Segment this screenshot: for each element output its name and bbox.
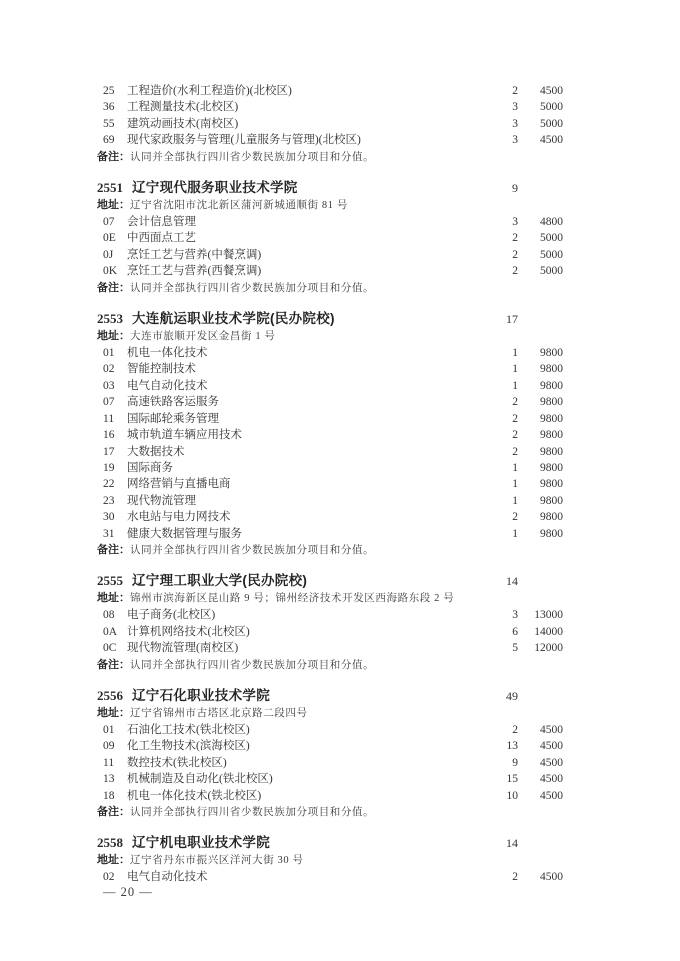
planned-count: 2 — [478, 411, 518, 427]
tuition-fee: 4500 — [518, 771, 563, 787]
college-total-plan: 14 — [478, 835, 518, 852]
tuition-fee: 9800 — [518, 444, 563, 460]
major-row: 23现代物流管理19800 — [97, 493, 563, 509]
major-row: 09化工生物技术(滨海校区)134500 — [97, 738, 563, 754]
planned-count: 2 — [478, 263, 518, 279]
major-code: 17 — [97, 444, 127, 460]
remark-line: 备注：认同并全部执行四川省少数民族加分项目和分值。 — [97, 542, 563, 559]
major-row: 25工程造价(水利工程造价)(北校区)24500 — [97, 83, 563, 99]
major-name: 会计信息管理 — [127, 214, 478, 230]
major-code: 08 — [97, 607, 127, 623]
document-page: 25工程造价(水利工程造价)(北校区)2450036工程测量技术(北校区)350… — [0, 0, 680, 961]
tuition-fee: 9800 — [518, 411, 563, 427]
tuition-fee: 9800 — [518, 361, 563, 377]
planned-count: 3 — [478, 132, 518, 148]
major-code: 23 — [97, 493, 127, 509]
tuition-fee: 9800 — [518, 427, 563, 443]
tuition-fee: 5000 — [518, 247, 563, 263]
planned-count: 1 — [478, 493, 518, 509]
major-name: 水电站与电力网技术 — [127, 509, 478, 525]
major-code: 0E — [97, 230, 127, 246]
tuition-fee: 5000 — [518, 99, 563, 115]
major-code: 30 — [97, 509, 127, 525]
major-name: 中西面点工艺 — [127, 230, 478, 246]
major-name: 烹饪工艺与营养(西餐烹调) — [127, 263, 478, 279]
tuition-fee: 4500 — [518, 738, 563, 754]
major-code: 16 — [97, 427, 127, 443]
college-code: 2553 — [97, 310, 123, 327]
tuition-fee: 9800 — [518, 509, 563, 525]
major-code: 0J — [97, 247, 127, 263]
major-name: 网络营销与直播电商 — [127, 476, 478, 492]
major-row: 0A计算机网络技术(北校区)614000 — [97, 624, 563, 640]
major-name: 工程造价(水利工程造价)(北校区) — [127, 83, 478, 99]
major-name: 电气自动化技术 — [127, 869, 478, 885]
college-name: 辽宁石化职业技术学院 — [132, 687, 478, 704]
college-header: 2556辽宁石化职业技术学院49 — [97, 687, 563, 705]
major-row: 02智能控制技术19800 — [97, 361, 563, 377]
college-header: 2553大连航运职业技术学院(民办院校)17 — [97, 310, 563, 328]
major-row: 07会计信息管理34800 — [97, 214, 563, 230]
college-header: 2551辽宁现代服务职业技术学院9 — [97, 179, 563, 197]
major-name: 化工生物技术(滨海校区) — [127, 738, 478, 754]
major-code: 0K — [97, 263, 127, 279]
college-total-plan: 9 — [478, 180, 518, 197]
planned-count: 2 — [478, 230, 518, 246]
remark-text: 认同并全部执行四川省少数民族加分项目和分值。 — [130, 658, 374, 674]
planned-count: 1 — [478, 476, 518, 492]
major-code: 11 — [97, 755, 127, 771]
major-code: 01 — [97, 345, 127, 361]
tuition-fee: 5000 — [518, 230, 563, 246]
college-total-plan: 14 — [478, 573, 518, 590]
college-section: 2555辽宁理工职业大学(民办院校)14地址：锦州市滨海新区昆山路 9 号；锦州… — [97, 572, 563, 674]
college-section: 2558辽宁机电职业技术学院14地址：辽宁省丹东市振兴区洋河大街 30 号02电… — [97, 834, 563, 885]
remark-text: 认同并全部执行四川省少数民族加分项目和分值。 — [130, 150, 374, 166]
major-name: 石油化工技术(铁北校区) — [127, 722, 478, 738]
remark-line: 备注：认同并全部执行四川省少数民族加分项目和分值。 — [97, 657, 563, 674]
tuition-fee: 4500 — [518, 755, 563, 771]
remark-line: 备注：认同并全部执行四川省少数民族加分项目和分值。 — [97, 280, 563, 297]
college-total-plan: 17 — [478, 311, 518, 328]
major-name: 烹饪工艺与营养(中餐烹调) — [127, 247, 478, 263]
planned-count: 2 — [478, 83, 518, 99]
major-row: 69现代家政服务与管理(儿童服务与管理)(北校区)34500 — [97, 132, 563, 148]
major-code: 0A — [97, 624, 127, 640]
tuition-fee: 4500 — [518, 869, 563, 885]
planned-count: 2 — [478, 394, 518, 410]
remark-text: 认同并全部执行四川省少数民族加分项目和分值。 — [130, 805, 374, 821]
tuition-fee: 9800 — [518, 394, 563, 410]
major-row: 19国际商务19800 — [97, 460, 563, 476]
college-name: 大连航运职业技术学院(民办院校) — [132, 310, 478, 327]
address-line: 地址：大连市旅顺开发区金昌街 1 号 — [97, 328, 563, 345]
address-text: 辽宁省丹东市振兴区洋河大街 30 号 — [130, 853, 304, 869]
planned-count: 3 — [478, 214, 518, 230]
planned-count: 1 — [478, 378, 518, 394]
major-name: 机电一体化技术 — [127, 345, 478, 361]
major-row: 16城市轨道车辆应用技术29800 — [97, 427, 563, 443]
tuition-fee: 9800 — [518, 378, 563, 394]
college-section: 2551辽宁现代服务职业技术学院9地址：辽宁省沈阳市沈北新区蒲河新城通顺街 81… — [97, 179, 563, 297]
planned-count: 2 — [478, 444, 518, 460]
major-code: 07 — [97, 214, 127, 230]
planned-count: 3 — [478, 116, 518, 132]
planned-count: 1 — [478, 460, 518, 476]
major-row: 11数控技术(铁北校区)94500 — [97, 755, 563, 771]
tuition-fee: 4500 — [518, 722, 563, 738]
major-row: 0C现代物流管理(南校区)512000 — [97, 640, 563, 656]
major-row: 07高速铁路客运服务29800 — [97, 394, 563, 410]
major-row: 13机械制造及自动化(铁北校区)154500 — [97, 771, 563, 787]
tuition-fee: 9800 — [518, 526, 563, 542]
tuition-fee: 4500 — [518, 788, 563, 804]
planned-count: 1 — [478, 526, 518, 542]
major-name: 现代物流管理 — [127, 493, 478, 509]
college-code: 2551 — [97, 179, 123, 196]
remark-line: 备注：认同并全部执行四川省少数民族加分项目和分值。 — [97, 804, 563, 821]
major-row: 11国际邮轮乘务管理29800 — [97, 411, 563, 427]
tuition-fee: 9800 — [518, 493, 563, 509]
major-code: 19 — [97, 460, 127, 476]
tuition-fee: 13000 — [518, 607, 563, 623]
planned-count: 3 — [478, 607, 518, 623]
planned-count: 2 — [478, 427, 518, 443]
college-name: 辽宁机电职业技术学院 — [132, 834, 478, 851]
major-name: 电子商务(北校区) — [127, 607, 478, 623]
page-number-text: — 20 — — [103, 885, 153, 899]
major-code: 22 — [97, 476, 127, 492]
tuition-fee: 9800 — [518, 476, 563, 492]
major-name: 工程测量技术(北校区) — [127, 99, 478, 115]
major-name: 大数据技术 — [127, 444, 478, 460]
address-line: 地址：辽宁省丹东市振兴区洋河大街 30 号 — [97, 852, 563, 869]
major-row: 30水电站与电力网技术29800 — [97, 509, 563, 525]
remark-line: 备注：认同并全部执行四川省少数民族加分项目和分值。 — [97, 149, 563, 166]
major-code: 55 — [97, 116, 127, 132]
major-row: 01石油化工技术(铁北校区)24500 — [97, 722, 563, 738]
major-row: 17大数据技术29800 — [97, 444, 563, 460]
major-code: 0C — [97, 640, 127, 656]
planned-count: 2 — [478, 869, 518, 885]
remark-label: 备注： — [97, 657, 130, 673]
major-row: 55建筑动画技术(南校区)35000 — [97, 116, 563, 132]
major-name: 城市轨道车辆应用技术 — [127, 427, 478, 443]
planned-count: 3 — [478, 99, 518, 115]
address-text: 辽宁省锦州市古塔区北京路二段四号 — [130, 706, 308, 722]
major-code: 11 — [97, 411, 127, 427]
tuition-fee: 9800 — [518, 460, 563, 476]
major-code: 18 — [97, 788, 127, 804]
continued-section: 25工程造价(水利工程造价)(北校区)2450036工程测量技术(北校区)350… — [97, 83, 563, 166]
major-name: 高速铁路客运服务 — [127, 394, 478, 410]
address-line: 地址：辽宁省锦州市古塔区北京路二段四号 — [97, 705, 563, 722]
major-row: 0K烹饪工艺与营养(西餐烹调)25000 — [97, 263, 563, 279]
major-code: 69 — [97, 132, 127, 148]
major-code: 13 — [97, 771, 127, 787]
planned-count: 15 — [478, 771, 518, 787]
remark-label: 备注： — [97, 542, 130, 558]
major-row: 03电气自动化技术19800 — [97, 378, 563, 394]
tuition-fee: 4800 — [518, 214, 563, 230]
major-code: 09 — [97, 738, 127, 754]
major-code: 03 — [97, 378, 127, 394]
address-line: 地址：辽宁省沈阳市沈北新区蒲河新城通顺街 81 号 — [97, 197, 563, 214]
remark-text: 认同并全部执行四川省少数民族加分项目和分值。 — [130, 543, 374, 559]
tuition-fee: 4500 — [518, 83, 563, 99]
planned-count: 9 — [478, 755, 518, 771]
planned-count: 13 — [478, 738, 518, 754]
major-name: 现代家政服务与管理(儿童服务与管理)(北校区) — [127, 132, 478, 148]
address-label: 地址： — [97, 705, 130, 721]
major-row: 02电气自动化技术24500 — [97, 869, 563, 885]
major-name: 机电一体化技术(铁北校区) — [127, 788, 478, 804]
remark-label: 备注： — [97, 804, 130, 820]
major-name: 建筑动画技术(南校区) — [127, 116, 478, 132]
planned-count: 2 — [478, 247, 518, 263]
major-row: 01机电一体化技术19800 — [97, 345, 563, 361]
address-text: 大连市旅顺开发区金昌街 1 号 — [130, 329, 276, 345]
planned-count: 10 — [478, 788, 518, 804]
major-name: 现代物流管理(南校区) — [127, 640, 478, 656]
major-code: 01 — [97, 722, 127, 738]
planned-count: 2 — [478, 722, 518, 738]
planned-count: 6 — [478, 624, 518, 640]
address-label: 地址： — [97, 328, 130, 344]
admissions-plan-list: 25工程造价(水利工程造价)(北校区)2450036工程测量技术(北校区)350… — [97, 83, 563, 886]
major-code: 25 — [97, 83, 127, 99]
college-header: 2555辽宁理工职业大学(民办院校)14 — [97, 572, 563, 590]
major-code: 02 — [97, 361, 127, 377]
tuition-fee: 4500 — [518, 132, 563, 148]
tuition-fee: 14000 — [518, 624, 563, 640]
major-row: 18机电一体化技术(铁北校区)104500 — [97, 788, 563, 804]
tuition-fee: 5000 — [518, 116, 563, 132]
college-total-plan: 49 — [478, 688, 518, 705]
major-name: 计算机网络技术(北校区) — [127, 624, 478, 640]
planned-count: 1 — [478, 345, 518, 361]
major-row: 22网络营销与直播电商19800 — [97, 476, 563, 492]
college-code: 2555 — [97, 572, 123, 589]
college-section: 2556辽宁石化职业技术学院49地址：辽宁省锦州市古塔区北京路二段四号01石油化… — [97, 687, 563, 821]
address-line: 地址：锦州市滨海新区昆山路 9 号；锦州经济技术开发区西海路东段 2 号 — [97, 590, 563, 607]
major-code: 07 — [97, 394, 127, 410]
major-name: 国际邮轮乘务管理 — [127, 411, 478, 427]
major-row: 31健康大数据管理与服务19800 — [97, 526, 563, 542]
address-label: 地址： — [97, 852, 130, 868]
college-code: 2556 — [97, 687, 123, 704]
major-code: 36 — [97, 99, 127, 115]
tuition-fee: 5000 — [518, 263, 563, 279]
planned-count: 2 — [478, 509, 518, 525]
major-row: 08电子商务(北校区)313000 — [97, 607, 563, 623]
tuition-fee: 9800 — [518, 345, 563, 361]
address-label: 地址： — [97, 590, 130, 606]
remark-label: 备注： — [97, 280, 130, 296]
college-code: 2558 — [97, 834, 123, 851]
planned-count: 1 — [478, 361, 518, 377]
major-name: 智能控制技术 — [127, 361, 478, 377]
college-header: 2558辽宁机电职业技术学院14 — [97, 834, 563, 852]
college-section: 2553大连航运职业技术学院(民办院校)17地址：大连市旅顺开发区金昌街 1 号… — [97, 310, 563, 559]
address-label: 地址： — [97, 197, 130, 213]
major-name: 国际商务 — [127, 460, 478, 476]
major-name: 电气自动化技术 — [127, 378, 478, 394]
major-name: 健康大数据管理与服务 — [127, 526, 478, 542]
remark-label: 备注： — [97, 149, 130, 165]
major-name: 机械制造及自动化(铁北校区) — [127, 771, 478, 787]
college-name: 辽宁理工职业大学(民办院校) — [132, 572, 478, 589]
college-name: 辽宁现代服务职业技术学院 — [132, 179, 478, 196]
major-name: 数控技术(铁北校区) — [127, 755, 478, 771]
address-text: 辽宁省沈阳市沈北新区蒲河新城通顺街 81 号 — [130, 198, 348, 214]
tuition-fee: 12000 — [518, 640, 563, 656]
address-text: 锦州市滨海新区昆山路 9 号；锦州经济技术开发区西海路东段 2 号 — [130, 591, 454, 607]
major-code: 31 — [97, 526, 127, 542]
page-number: — 20 — — [103, 885, 153, 900]
major-row: 36工程测量技术(北校区)35000 — [97, 99, 563, 115]
major-row: 0J烹饪工艺与营养(中餐烹调)25000 — [97, 247, 563, 263]
remark-text: 认同并全部执行四川省少数民族加分项目和分值。 — [130, 281, 374, 297]
planned-count: 5 — [478, 640, 518, 656]
major-row: 0E中西面点工艺25000 — [97, 230, 563, 246]
major-code: 02 — [97, 869, 127, 885]
